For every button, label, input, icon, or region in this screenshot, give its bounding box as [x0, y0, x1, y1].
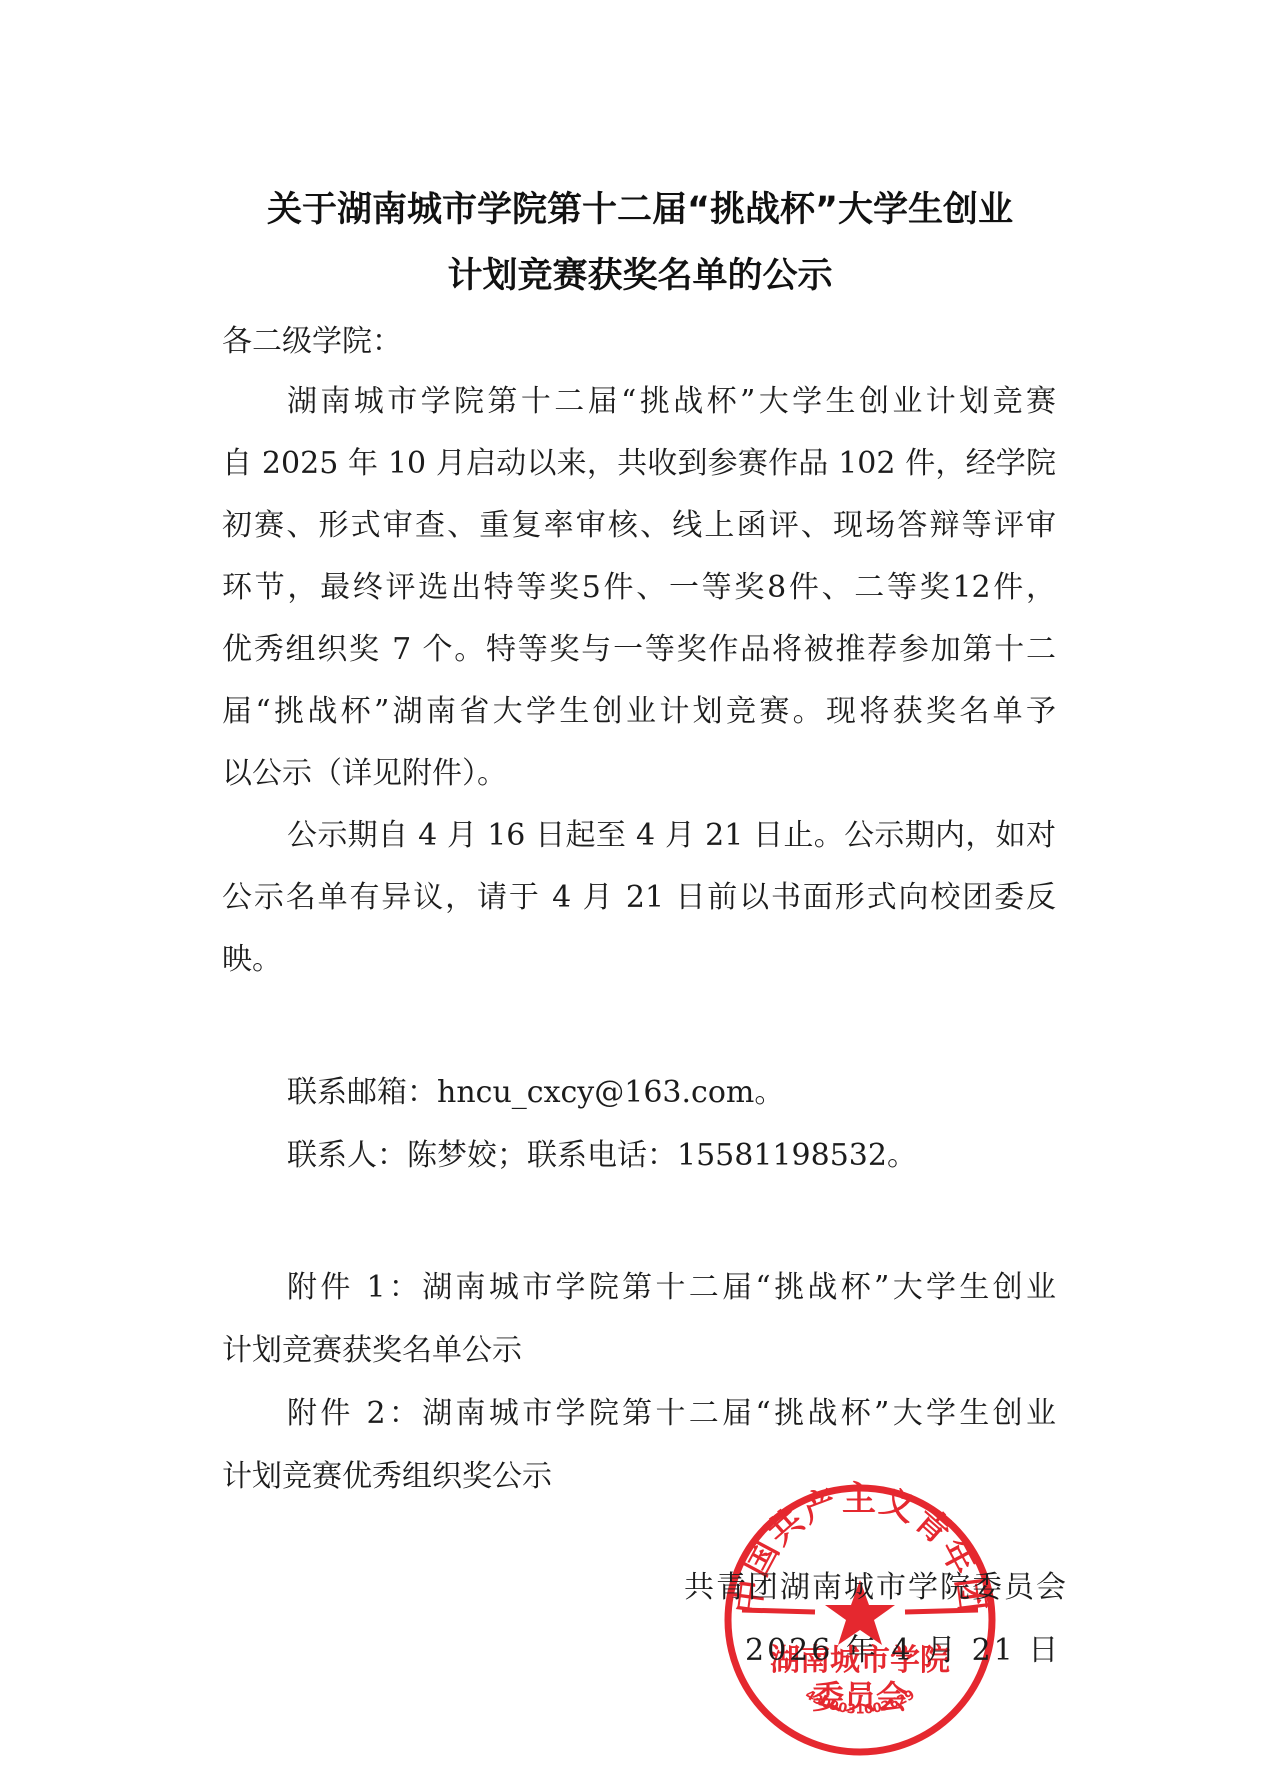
attachment-1-line-1: 附件 1：湖南城市学院第十二届“挑战杯”大学生创业: [287, 1270, 1056, 1306]
paragraph-2-line: 公示名单有异议，请于 4 月 21 日前以书面形式向校团委反: [222, 880, 1056, 916]
contact-email: 联系邮箱：hncu_cxcy@163.com。: [287, 1075, 784, 1111]
attachment-2-line-2: 计划竞赛优秀组织奖公示: [222, 1459, 552, 1495]
signature-date: 2026 年 4 月 21 日: [745, 1625, 1061, 1669]
seal-center-line-2: 委员会: [812, 1678, 908, 1716]
document-title-line-2: 计划竞赛获奖名单的公示: [0, 248, 1280, 298]
attachment-2-line-1: 附件 2：湖南城市学院第十二届“挑战杯”大学生创业: [287, 1396, 1056, 1432]
paragraph-1-line: 环节，最终评选出特等奖5件、一等奖8件、二等奖12件，: [222, 570, 1056, 606]
official-seal-icon: 中国共产主义青年团 湖南城市学院 委员会 4309031002629: [720, 1480, 1000, 1760]
paragraph-1-line: 届“挑战杯”湖南省大学生创业计划竞赛。现将获奖名单予: [222, 694, 1056, 730]
svg-text:4309031002629: 4309031002629: [802, 1687, 917, 1717]
document-title-line-1: 关于湖南城市学院第十二届“挑战杯”大学生创业: [0, 182, 1280, 232]
paragraph-1-line: 优秀组织奖 7 个。特等奖与一等奖作品将被推荐参加第十二: [222, 632, 1056, 668]
attachment-1-line-2: 计划竞赛获奖名单公示: [222, 1333, 522, 1369]
paragraph-1-line: 初赛、形式审查、重复率审核、线上函评、现场答辩等评审: [222, 508, 1056, 544]
contact-person: 联系人：陈梦姣；联系电话：15581198532。: [287, 1138, 917, 1174]
paragraph-2-line: 映。: [222, 942, 282, 978]
salutation: 各二级学院：: [222, 324, 402, 360]
paragraph-2-line: 公示期自 4 月 16 日起至 4 月 21 日止。公示期内，如对: [287, 818, 1056, 854]
document-page: 关于湖南城市学院第十二届“挑战杯”大学生创业 计划竞赛获奖名单的公示 各二级学院…: [0, 0, 1280, 1779]
paragraph-1-line: 湖南城市学院第十二届“挑战杯”大学生创业计划竞赛: [287, 384, 1056, 420]
paragraph-1-line: 自 2025 年 10 月启动以来，共收到参赛作品 102 件，经学院: [222, 446, 1056, 482]
seal-code: 4309031002629: [802, 1687, 917, 1717]
paragraph-1-line: 以公示（详见附件）。: [222, 756, 507, 792]
signature-organization: 共青团湖南城市学院委员会: [684, 1562, 1068, 1606]
